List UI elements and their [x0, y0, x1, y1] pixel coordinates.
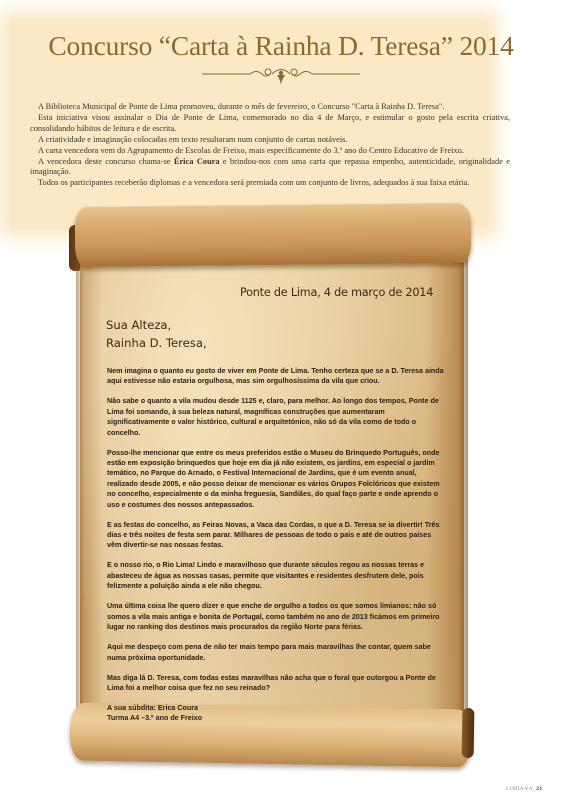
scroll-top-roll	[75, 203, 472, 267]
letter-paragraph: Posso-lhe mencionar que entre os meus pr…	[107, 448, 447, 510]
letter-paragraph: E o nosso rio, o Rio Lima! Lindo e marav…	[107, 560, 447, 591]
letter-paragraph: Nem imagina o quanto eu gosto de viver e…	[107, 366, 447, 387]
scroll-bottom-roll-end	[462, 708, 475, 758]
letter-paragraph: Uma última coisa lhe quero dizer e que e…	[107, 601, 447, 632]
letter-salutation: Sua Alteza, Rainha D. Teresa,	[106, 316, 207, 352]
letter-signature: A sua súbdita: Erica Coura Turma A4 –3.º…	[107, 703, 447, 724]
parchment-edge-left	[76, 258, 84, 720]
letter-paragraph: Mas diga lá D. Teresa, com todas estas m…	[107, 673, 447, 694]
letter-body: Nem imagina o quanto eu gosto de viver e…	[107, 366, 447, 724]
publication-name: LIMIANA_	[506, 786, 536, 792]
letter-paragraph: Não sabe o quanto a vila mudou desde 112…	[107, 396, 447, 438]
letter-date-line: Ponte de Lima, 4 de março de 2014	[240, 286, 433, 299]
letter-paragraph: E as festas do concelho, as Feiras Novas…	[107, 520, 447, 551]
letter-paragraph: Aqui me despeço com pena de não ter mais…	[107, 642, 447, 663]
salutation-line-2: Rainha D. Teresa,	[106, 334, 207, 352]
signature-line-2: Turma A4 –3.º ano de Freixo	[107, 713, 447, 723]
page-folio: LIMIANA_21	[506, 786, 543, 792]
page-number: 21	[536, 786, 542, 792]
salutation-line-1: Sua Alteza,	[106, 316, 207, 334]
parchment-edge-right	[458, 258, 468, 720]
signature-line-1: A sua súbdita: Erica Coura	[107, 703, 447, 713]
